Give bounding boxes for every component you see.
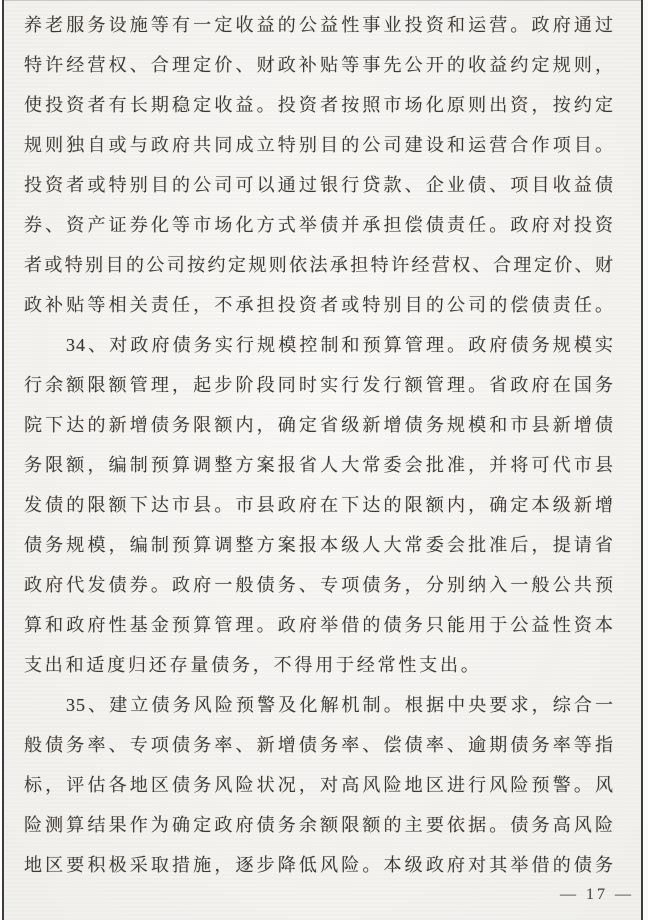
text-line: 院下达的新增债务限额内，确定省级新增债务规模和市县新增债 <box>24 405 614 445</box>
text-line: 发债的限额下达市县。市县政府在下达的限额内，确定本级新增 <box>24 485 614 525</box>
text-line: 债务规模，编制预算调整方案报本级人大常委会批准后，提请省 <box>24 525 614 565</box>
document-page: 养老服务设施等有一定收益的公益性事业投资和运营。政府通过 特许经营权、合理定价、… <box>0 0 648 920</box>
scan-top-border-line <box>2 0 643 1</box>
text-line: 标，评估各地区债务风险状况，对高风险地区进行风险预警。风 <box>24 765 614 805</box>
text-line: 规则独自或与政府共同成立特别目的公司建设和运营合作项目。 <box>24 125 614 165</box>
text-line: 者或特别目的公司按约定规则依法承担特许经营权、合理定价、财 <box>24 245 614 285</box>
text-line: 使投资者有长期稳定收益。投资者按照市场化原则出资，按约定 <box>24 85 614 125</box>
text-line: 务限额，编制预算调整方案报省人大常委会批准，并将可代市县 <box>24 445 614 485</box>
text-line: 特许经营权、合理定价、财政补贴等事先公开的收益约定规则， <box>24 45 614 85</box>
document-text-block: 养老服务设施等有一定收益的公益性事业投资和运营。政府通过 特许经营权、合理定价、… <box>24 5 614 885</box>
text-line: 险测算结果作为确定政府债务余额限额的主要依据。债务高风险 <box>24 805 614 845</box>
text-line: 般债务率、专项债务率、新增债务率、偿债率、逾期债务率等指 <box>24 725 614 765</box>
scan-left-border-line <box>2 0 4 920</box>
scan-right-margin <box>643 0 648 920</box>
paragraph-34-start-line: 34、对政府债务实行规模控制和预算管理。政府债务规模实 <box>24 325 614 365</box>
text-line: 政府代发债券。政府一般债务、专项债务，分别纳入一般公共预 <box>24 565 614 605</box>
text-line: 政补贴等相关责任，不承担投资者或特别目的公司的偿债责任。 <box>24 285 614 325</box>
text-line: 算和政府性基金预算管理。政府举借的债务只能用于公益性资本 <box>24 605 614 645</box>
text-line: 券、资产证券化等市场化方式举债并承担偿债责任。政府对投资 <box>24 205 614 245</box>
page-number: — 17 — <box>560 880 634 910</box>
text-line: 养老服务设施等有一定收益的公益性事业投资和运营。政府通过 <box>24 5 614 45</box>
text-line: 地区要积极采取措施，逐步降低风险。本级政府对其举借的债务 <box>24 845 614 885</box>
paragraph-35-start-line: 35、建立债务风险预警及化解机制。根据中央要求，综合一 <box>24 685 614 725</box>
paragraph-34-end-line: 支出和适度归还存量债务，不得用于经常性支出。 <box>24 645 614 685</box>
text-line: 行余额限额管理，起步阶段同时实行发行额管理。省政府在国务 <box>24 365 614 405</box>
text-line: 投资者或特别目的公司可以通过银行贷款、企业债、项目收益债 <box>24 165 614 205</box>
